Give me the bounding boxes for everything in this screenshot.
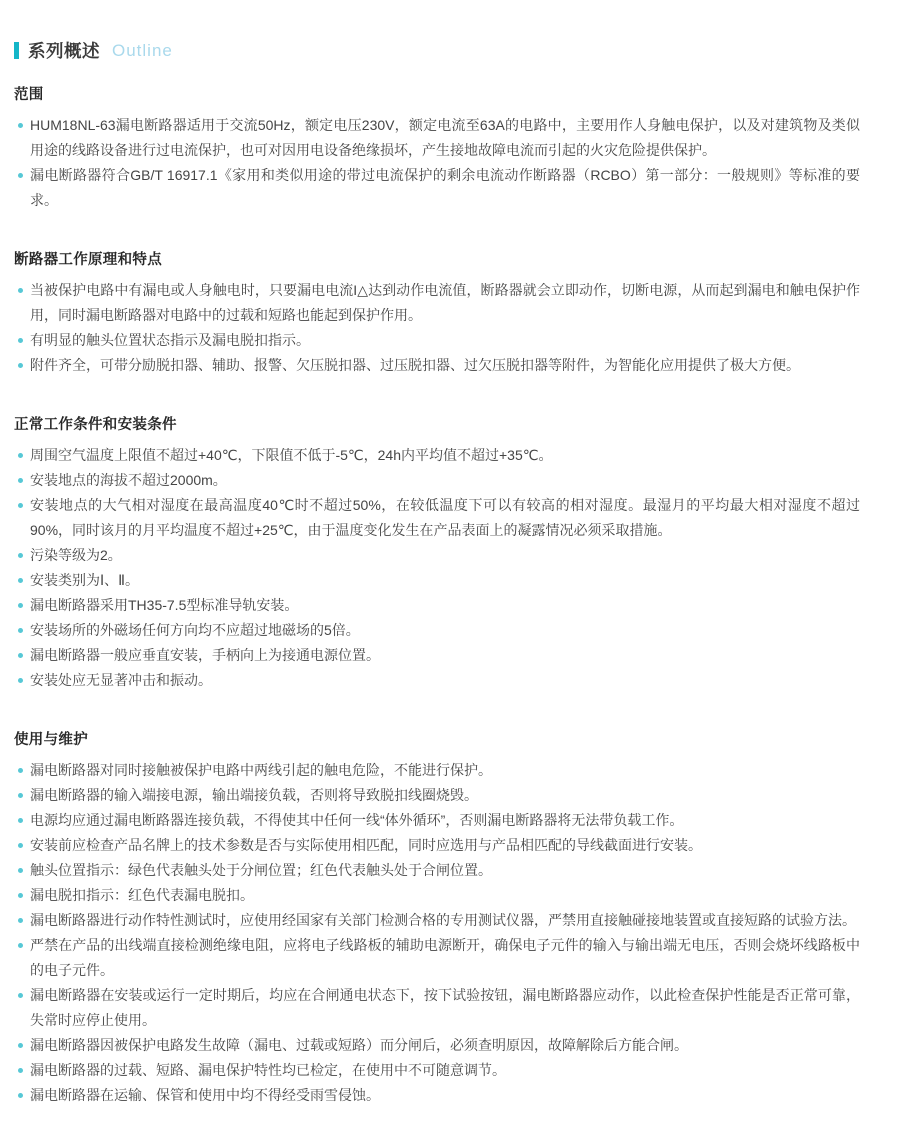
bullet-list: 周围空气温度上限值不超过+40℃，下限值不低于-5℃，24h内平均值不超过+35…: [14, 443, 860, 693]
bullet-icon: [18, 578, 23, 583]
list-item-text: 漏电断路器进行动作特性测试时，应使用经国家有关部门检测合格的专用测试仪器，严禁用…: [30, 912, 856, 928]
list-item: 安装处应无显著冲击和振动。: [18, 668, 860, 693]
list-item: HUM18NL-63漏电断路器适用于交流50Hz，额定电压230V，额定电流至6…: [18, 113, 860, 163]
bullet-icon: [18, 553, 23, 558]
bullet-list: HUM18NL-63漏电断路器适用于交流50Hz，额定电压230V，额定电流至6…: [14, 113, 860, 213]
list-item: 漏电断路器进行动作特性测试时，应使用经国家有关部门检测合格的专用测试仪器，严禁用…: [18, 908, 860, 933]
bullet-icon: [18, 793, 23, 798]
list-item-text: 漏电断路器在运输、保管和使用中均不得经受雨雪侵蚀。: [30, 1087, 380, 1103]
list-item: 附件齐全，可带分励脱扣器、辅助、报警、欠压脱扣器、过压脱扣器、过欠压脱扣器等附件…: [18, 353, 860, 378]
bullet-icon: [18, 843, 23, 848]
bullet-icon: [18, 918, 23, 923]
list-item-text: 电源均应通过漏电断路器连接负载，不得使其中任何一线“体外循环”，否则漏电断路器将…: [30, 812, 683, 828]
list-item: 当被保护电路中有漏电或人身触电时，只要漏电电流I△达到动作电流值，断路器就会立即…: [18, 278, 860, 328]
list-item: 漏电断路器的输入端接电源，输出端接负载，否则将导致脱扣线圈烧毁。: [18, 783, 860, 808]
list-item: 漏电断路器符合GB/T 16917.1《家用和类似用途的带过电流保护的剩余电流动…: [18, 163, 860, 213]
bullet-icon: [18, 288, 23, 293]
section-working-conditions: 正常工作条件和安装条件 周围空气温度上限值不超过+40℃，下限值不低于-5℃，2…: [14, 413, 860, 693]
list-item: 漏电脱扣指示：红色代表漏电脱扣。: [18, 883, 860, 908]
page-title: 系列概述 Outline: [14, 38, 860, 63]
list-item-text: 安装前应检查产品名牌上的技术参数是否与实际使用相匹配，同时应选用与产品相匹配的导…: [30, 837, 702, 853]
bullet-icon: [18, 478, 23, 483]
bullet-icon: [18, 993, 23, 998]
section-heading: 范围: [14, 83, 860, 104]
list-item: 漏电断路器因被保护电路发生故障（漏电、过载或短路）而分闸后，必须查明原因，故障解…: [18, 1033, 860, 1058]
list-item-text: 有明显的触头位置状态指示及漏电脱扣指示。: [30, 332, 310, 348]
bullet-list: 当被保护电路中有漏电或人身触电时，只要漏电电流I△达到动作电流值，断路器就会立即…: [14, 278, 860, 378]
list-item: 安装类别为Ⅰ、Ⅱ。: [18, 568, 860, 593]
list-item: 漏电断路器一般应垂直安装，手柄向上为接通电源位置。: [18, 643, 860, 668]
bullet-icon: [18, 678, 23, 683]
section-heading: 断路器工作原理和特点: [14, 248, 860, 269]
bullet-icon: [18, 503, 23, 508]
list-item: 污染等级为2。: [18, 543, 860, 568]
bullet-icon: [18, 338, 23, 343]
list-item-text: 漏电断路器的过载、短路、漏电保护特性均已检定，在使用中不可随意调节。: [30, 1062, 506, 1078]
bullet-icon: [18, 943, 23, 948]
list-item-text: 严禁在产品的出线端直接检测绝缘电阻，应将电子线路板的辅助电源断开，确保电子元件的…: [30, 937, 860, 978]
list-item-text: 安装类别为Ⅰ、Ⅱ。: [30, 572, 139, 588]
bullet-icon: [18, 628, 23, 633]
list-item-text: 漏电断路器采用TH35-7.5型标准导轨安装。: [30, 597, 298, 613]
bullet-icon: [18, 868, 23, 873]
list-item: 漏电断路器的过载、短路、漏电保护特性均已检定，在使用中不可随意调节。: [18, 1058, 860, 1083]
bullet-icon: [18, 173, 23, 178]
list-item: 周围空气温度上限值不超过+40℃，下限值不低于-5℃，24h内平均值不超过+35…: [18, 443, 860, 468]
document-page: 系列概述 Outline 范围 HUM18NL-63漏电断路器适用于交流50Hz…: [0, 0, 900, 1138]
bullet-icon: [18, 453, 23, 458]
list-item-text: HUM18NL-63漏电断路器适用于交流50Hz，额定电压230V，额定电流至6…: [30, 117, 860, 158]
bullet-icon: [18, 603, 23, 608]
bullet-icon: [18, 768, 23, 773]
bullet-icon: [18, 363, 23, 368]
list-item-text: 安装场所的外磁场任何方向均不应超过地磁场的5倍。: [30, 622, 360, 638]
section-use-maintenance: 使用与维护 漏电断路器对同时接触被保护电路中两线引起的触电危险，不能进行保护。 …: [14, 728, 860, 1108]
list-item: 安装地点的大气相对湿度在最高温度40℃时不超过50%，在较低温度下可以有较高的相…: [18, 493, 860, 543]
section-scope: 范围 HUM18NL-63漏电断路器适用于交流50Hz，额定电压230V，额定电…: [14, 83, 860, 213]
title-accent-bar: [14, 42, 19, 59]
list-item-text: 污染等级为2。: [30, 547, 122, 563]
list-item-text: 漏电断路器在安装或运行一定时期后，均应在合闸通电状态下，按下试验按钮，漏电断路器…: [30, 987, 860, 1028]
list-item: 安装前应检查产品名牌上的技术参数是否与实际使用相匹配，同时应选用与产品相匹配的导…: [18, 833, 860, 858]
bullet-icon: [18, 1043, 23, 1048]
list-item: 漏电断路器对同时接触被保护电路中两线引起的触电危险，不能进行保护。: [18, 758, 860, 783]
list-item-text: 安装地点的大气相对湿度在最高温度40℃时不超过50%，在较低温度下可以有较高的相…: [30, 497, 860, 538]
section-heading: 正常工作条件和安装条件: [14, 413, 860, 434]
bullet-icon: [18, 123, 23, 128]
bullet-list: 漏电断路器对同时接触被保护电路中两线引起的触电危险，不能进行保护。 漏电断路器的…: [14, 758, 860, 1108]
bullet-icon: [18, 1068, 23, 1073]
list-item-text: 漏电脱扣指示：红色代表漏电脱扣。: [30, 887, 254, 903]
list-item-text: 当被保护电路中有漏电或人身触电时，只要漏电电流I△达到动作电流值，断路器就会立即…: [30, 282, 860, 323]
list-item-text: 漏电断路器因被保护电路发生故障（漏电、过载或短路）而分闸后，必须查明原因，故障解…: [30, 1037, 688, 1053]
page-title-zh: 系列概述: [28, 38, 100, 63]
list-item: 电源均应通过漏电断路器连接负载，不得使其中任何一线“体外循环”，否则漏电断路器将…: [18, 808, 860, 833]
list-item: 漏电断路器在运输、保管和使用中均不得经受雨雪侵蚀。: [18, 1083, 860, 1108]
list-item: 漏电断路器在安装或运行一定时期后，均应在合闸通电状态下，按下试验按钮，漏电断路器…: [18, 983, 860, 1033]
list-item: 严禁在产品的出线端直接检测绝缘电阻，应将电子线路板的辅助电源断开，确保电子元件的…: [18, 933, 860, 983]
list-item-text: 安装地点的海拔不超过2000m。: [30, 472, 227, 488]
list-item: 触头位置指示：绿色代表触头处于分闸位置；红色代表触头处于合闸位置。: [18, 858, 860, 883]
section-heading: 使用与维护: [14, 728, 860, 749]
list-item-text: 漏电断路器的输入端接电源，输出端接负载，否则将导致脱扣线圈烧毁。: [30, 787, 478, 803]
list-item: 漏电断路器采用TH35-7.5型标准导轨安装。: [18, 593, 860, 618]
list-item-text: 周围空气温度上限值不超过+40℃，下限值不低于-5℃，24h内平均值不超过+35…: [30, 447, 552, 463]
bullet-icon: [18, 893, 23, 898]
list-item-text: 附件齐全，可带分励脱扣器、辅助、报警、欠压脱扣器、过压脱扣器、过欠压脱扣器等附件…: [30, 357, 800, 373]
list-item-text: 触头位置指示：绿色代表触头处于分闸位置；红色代表触头处于合闸位置。: [30, 862, 492, 878]
bullet-icon: [18, 653, 23, 658]
list-item: 有明显的触头位置状态指示及漏电脱扣指示。: [18, 328, 860, 353]
list-item: 安装地点的海拔不超过2000m。: [18, 468, 860, 493]
bullet-icon: [18, 1093, 23, 1098]
list-item: 安装场所的外磁场任何方向均不应超过地磁场的5倍。: [18, 618, 860, 643]
page-title-en: Outline: [112, 41, 173, 61]
bullet-icon: [18, 818, 23, 823]
list-item-text: 安装处应无显著冲击和振动。: [30, 672, 212, 688]
section-working-principle: 断路器工作原理和特点 当被保护电路中有漏电或人身触电时，只要漏电电流I△达到动作…: [14, 248, 860, 378]
list-item-text: 漏电断路器对同时接触被保护电路中两线引起的触电危险，不能进行保护。: [30, 762, 492, 778]
list-item-text: 漏电断路器符合GB/T 16917.1《家用和类似用途的带过电流保护的剩余电流动…: [30, 167, 860, 208]
list-item-text: 漏电断路器一般应垂直安装，手柄向上为接通电源位置。: [30, 647, 380, 663]
